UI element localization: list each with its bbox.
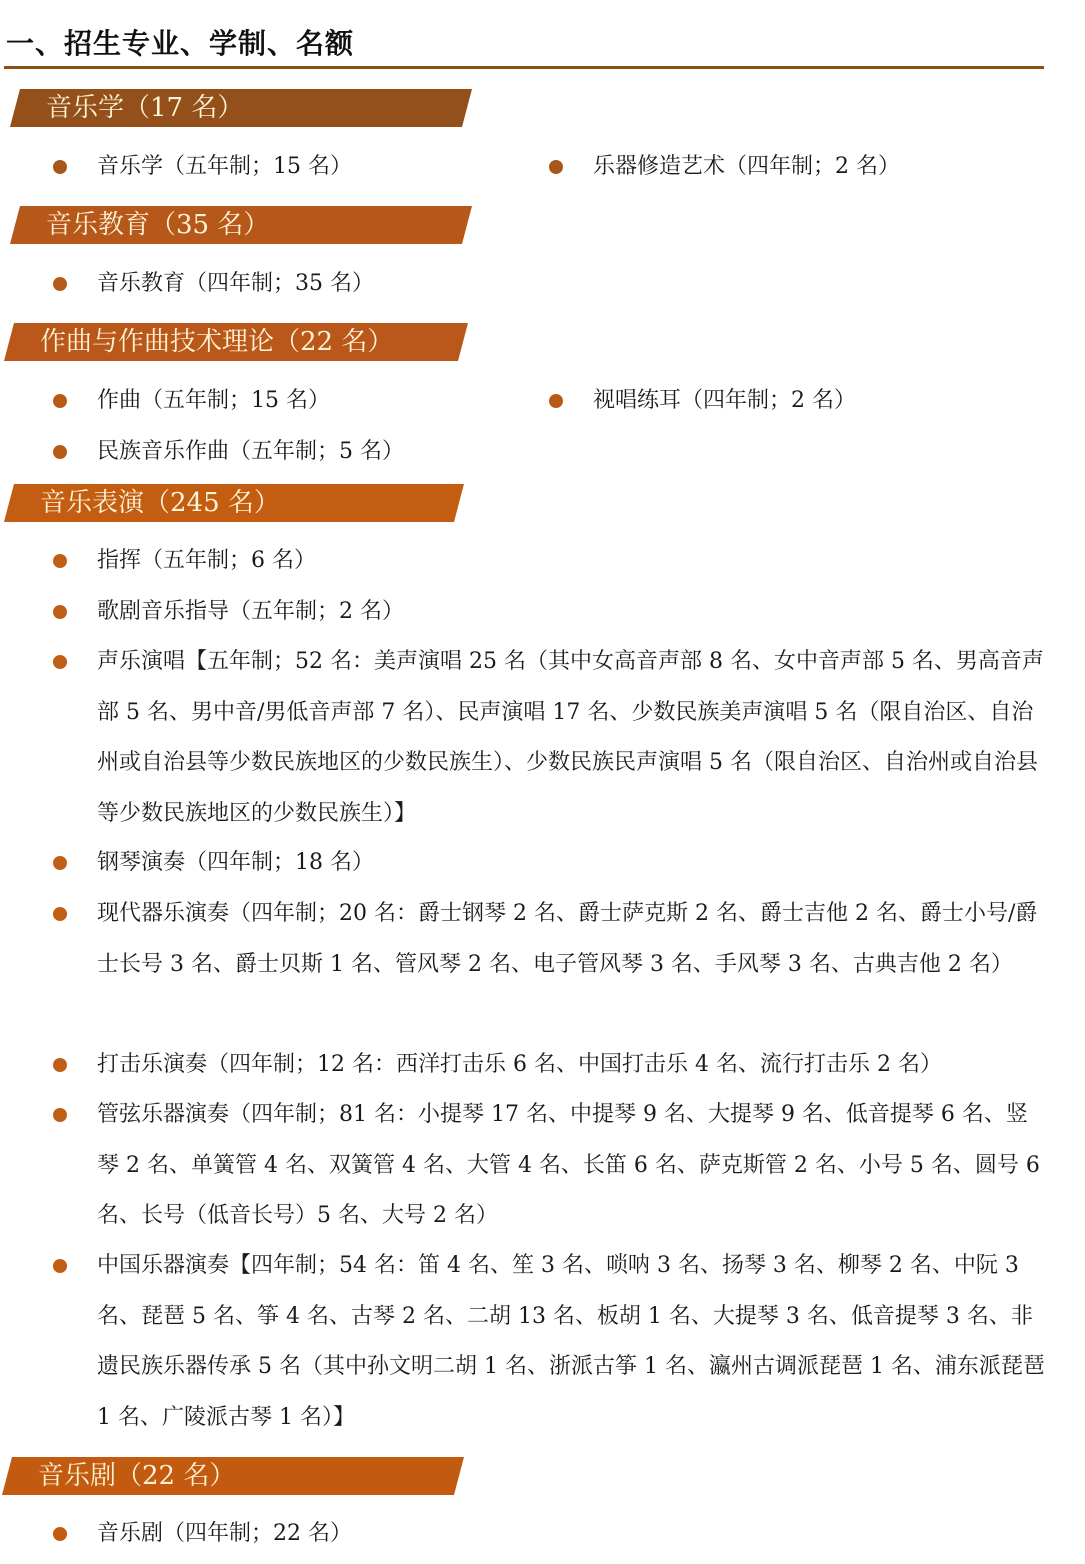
bullet-icon	[53, 907, 67, 921]
section-banner-composition: 作曲与作曲技术理论（22 名）	[4, 323, 468, 361]
list-item: 作曲（五年制；15 名）	[97, 376, 517, 427]
section-title: 音乐教育（35 名）	[46, 212, 269, 238]
section-title: 音乐剧（22 名）	[38, 1463, 235, 1489]
section-banner-musicology: 音乐学（17 名）	[10, 89, 472, 127]
bullet-icon	[53, 554, 67, 568]
list-item: 民族音乐作曲（五年制；5 名）	[97, 427, 597, 478]
list-item: 钢琴演奏（四年制；18 名）	[97, 838, 1042, 889]
list-item: 视唱练耳（四年制；2 名）	[593, 376, 1053, 427]
bullet-icon	[53, 1108, 67, 1122]
bullet-icon	[53, 1058, 67, 1072]
section-title: 作曲与作曲技术理论（22 名）	[40, 329, 393, 355]
bullet-icon	[53, 445, 67, 459]
list-item: 歌剧音乐指导（五年制；2 名）	[97, 587, 1042, 638]
section-banner-music-education: 音乐教育（35 名）	[10, 206, 472, 244]
section-title: 音乐表演（245 名）	[40, 490, 280, 516]
list-item: 声乐演唱【五年制；52 名：美声演唱 25 名（其中女高音声部 8 名、女中音声…	[97, 637, 1045, 839]
list-item: 乐器修造艺术（四年制；2 名）	[593, 142, 1053, 193]
list-item: 音乐剧（四年制；22 名）	[97, 1509, 517, 1560]
list-item: 管弦乐器演奏（四年制；81 名：小提琴 17 名、中提琴 9 名、大提琴 9 名…	[97, 1090, 1045, 1242]
bullet-icon	[53, 605, 67, 619]
bullet-icon	[53, 1527, 67, 1541]
bullet-icon	[53, 856, 67, 870]
bullet-icon	[53, 277, 67, 291]
title-divider	[4, 66, 1044, 69]
bullet-icon	[549, 394, 563, 408]
bullet-icon	[549, 160, 563, 174]
section-banner-music-performance: 音乐表演（245 名）	[4, 484, 464, 522]
list-item: 现代器乐演奏（四年制；20 名：爵士钢琴 2 名、爵士萨克斯 2 名、爵士吉他 …	[97, 889, 1045, 990]
bullet-icon	[53, 655, 67, 669]
list-item: 打击乐演奏（四年制；12 名：西洋打击乐 6 名、中国打击乐 4 名、流行打击乐…	[97, 1040, 1057, 1091]
list-item: 音乐学（五年制；15 名）	[97, 142, 517, 193]
list-item: 指挥（五年制；6 名）	[97, 536, 1042, 587]
bullet-icon	[53, 160, 67, 174]
section-title: 音乐学（17 名）	[46, 95, 243, 121]
bullet-icon	[53, 394, 67, 408]
list-item: 音乐教育（四年制；35 名）	[97, 259, 517, 310]
bullet-icon	[53, 1259, 67, 1273]
section-banner-musical-theatre: 音乐剧（22 名）	[2, 1457, 464, 1495]
list-item: 中国乐器演奏【四年制；54 名：笛 4 名、笙 3 名、唢呐 3 名、扬琴 3 …	[97, 1241, 1045, 1443]
page-title: 一、招生专业、学制、名额	[6, 22, 354, 62]
